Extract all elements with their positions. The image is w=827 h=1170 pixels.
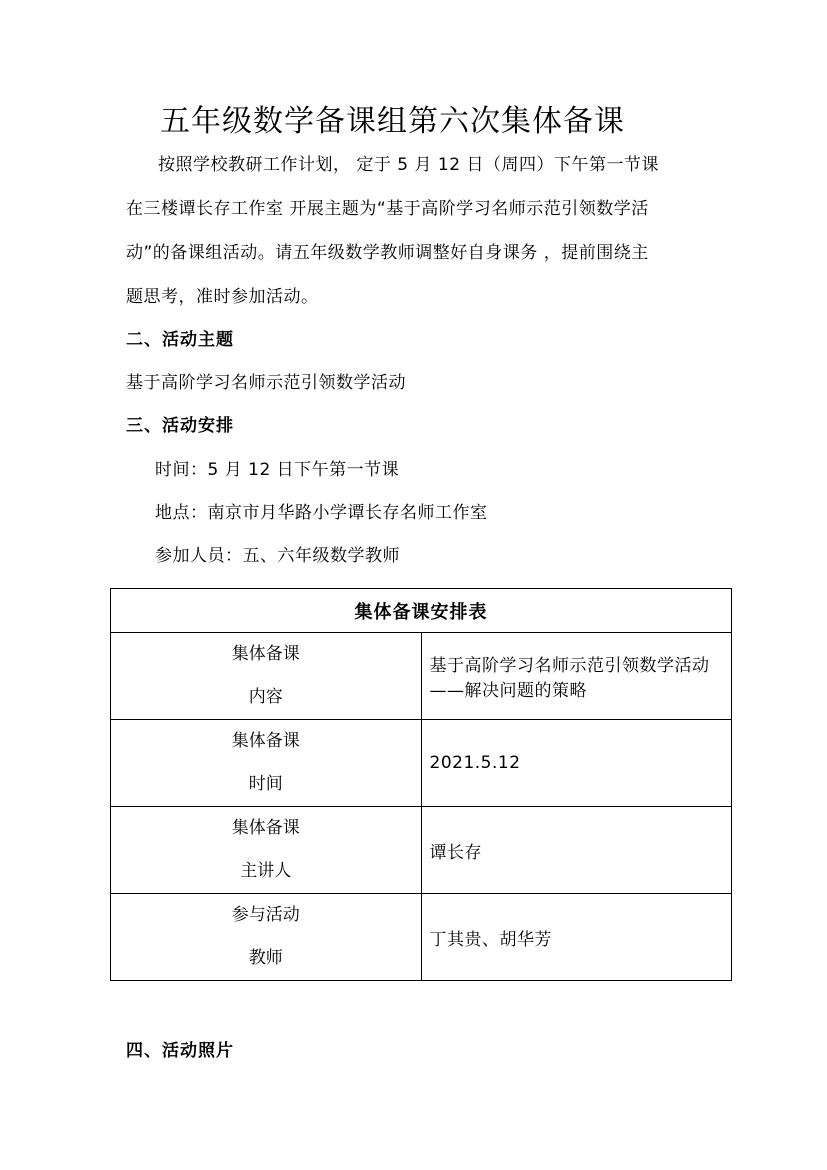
- row-label: 集体备课 内容: [111, 633, 422, 720]
- row-label-line-2: 内容: [111, 676, 421, 719]
- intro-line-1: 按照学校教研工作计划， 定于 5 月 12 日（周四）下午第一节课: [158, 154, 659, 176]
- schedule-location: 地点：南京市月华路小学谭长存名师工作室: [155, 502, 488, 524]
- table-row: 集体备课 内容 基于高阶学习名师示范引领数学活动 ——解决问题的策略: [111, 633, 732, 720]
- intro-line-3: 动”的备课组活动。请五年级数学教师调整好自身课务 ，提前围绕主: [126, 242, 649, 264]
- row-value: 丁其贵、胡华芳: [421, 894, 732, 981]
- table-caption: 集体备课安排表: [111, 589, 732, 633]
- schedule-time: 时间：5 月 12 日下午第一节课: [155, 459, 399, 481]
- table-header-row: 集体备课安排表: [111, 589, 732, 633]
- row-label-line-1: 参与活动: [111, 894, 421, 937]
- intro-line-2: 在三楼谭长存工作室 开展主题为“基于高阶学习名师示范引领数学活: [126, 198, 649, 220]
- row-label-line-2: 主讲人: [111, 850, 421, 893]
- section-2-heading: 二、活动主题: [126, 329, 234, 351]
- row-value: 2021.5.12: [421, 720, 732, 807]
- row-label-line-1: 集体备课: [111, 720, 421, 763]
- document-title: 五年级数学备课组第六次集体备课: [160, 102, 625, 142]
- section-3-heading: 三、活动安排: [126, 415, 234, 437]
- table-row: 参与活动 教师 丁其贵、胡华芳: [111, 894, 732, 981]
- row-value: 谭长存: [421, 807, 732, 894]
- row-label-line-2: 时间: [111, 763, 421, 806]
- row-label-line-1: 集体备课: [111, 807, 421, 850]
- table-row: 集体备课 时间 2021.5.12: [111, 720, 732, 807]
- row-label-line-2: 教师: [111, 937, 421, 980]
- row-label: 参与活动 教师: [111, 894, 422, 981]
- section-4-heading: 四、活动照片: [126, 1040, 234, 1062]
- row-label: 集体备课 主讲人: [111, 807, 422, 894]
- row-label-line-1: 集体备课: [111, 633, 421, 676]
- row-label: 集体备课 时间: [111, 720, 422, 807]
- schedule-table: 集体备课安排表 集体备课 内容 基于高阶学习名师示范引领数学活动 ——解决问题的…: [110, 588, 732, 981]
- row-value: 基于高阶学习名师示范引领数学活动 ——解决问题的策略: [421, 633, 732, 720]
- table-row: 集体备课 主讲人 谭长存: [111, 807, 732, 894]
- schedule-participants: 参加人员：五、六年级数学教师: [155, 545, 400, 567]
- intro-line-4: 题思考，准时参加活动。: [126, 286, 319, 308]
- section-2-content: 基于高阶学习名师示范引领数学活动: [126, 372, 406, 394]
